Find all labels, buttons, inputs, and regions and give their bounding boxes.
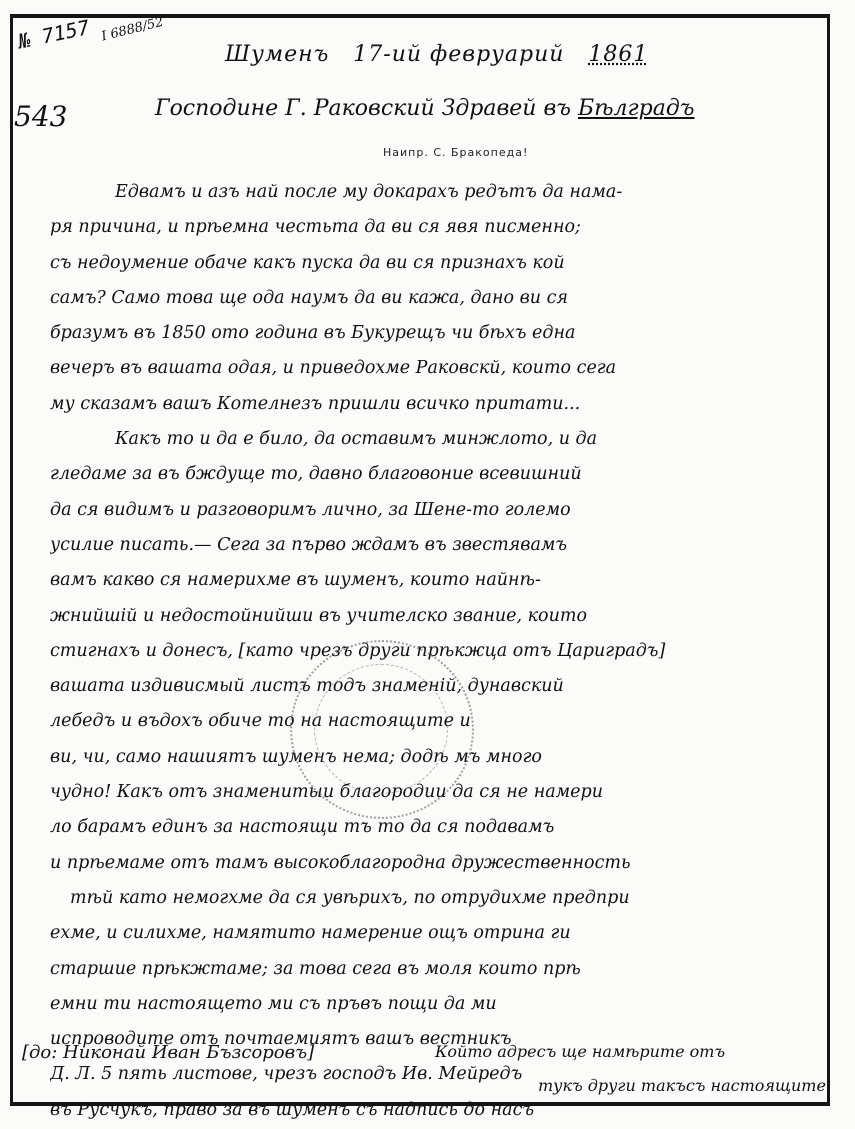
salutation-text: Господине Г. Раковский Здравей <box>155 96 536 121</box>
body-line: да ся видимъ и разговоримъ лично, за Шен… <box>50 493 810 528</box>
body-line: вамъ каквo ся намерихме въ шуменъ, които… <box>50 563 810 598</box>
closing-line: тукъ други такъсъ настоящите <box>538 1076 826 1095</box>
archive-page-number: 543 <box>14 100 67 133</box>
letter-year: 1861 <box>588 42 648 67</box>
salutation-location-prefix: въ <box>543 96 570 121</box>
body-line: старшие прѣкжтаме; за това сега въ моля … <box>50 952 810 987</box>
body-line: Какъ то и да е било, да оставимъ минжлот… <box>70 422 810 457</box>
body-line: въ Русчукъ, право за въ шуменъ съ надпис… <box>50 1093 810 1128</box>
printed-note: Наипр. С. Бракопеда! <box>383 146 528 159</box>
salutation: Господине Г. Раковский Здравей въ Бѣлгра… <box>155 96 694 121</box>
body-line: тѣй като немогхме да ся увѣрихъ, по отру… <box>70 881 810 916</box>
body-line: ря причина, и прѣемна честьта да ви ся я… <box>50 210 810 245</box>
closing-line: Който адресъ ще намѣрите отъ <box>435 1042 725 1061</box>
signature: [до: Никонай Иван Бъзсоровъ] <box>22 1042 314 1063</box>
letter-date: 17-ий февруарий <box>353 42 564 67</box>
body-line: гледаме за въ бждуще то, давно благовони… <box>50 457 810 492</box>
letter-body: Едвамъ и азъ най после му докарахъ редът… <box>70 175 810 1128</box>
seal-stamp <box>290 640 474 819</box>
body-line: му сказамъ вашъ Котелнезъ пришли всичко … <box>50 387 810 422</box>
letter-place: Шуменъ <box>225 42 329 67</box>
body-line: и прѣемаме отъ тамъ высокоблагородна дру… <box>50 846 810 881</box>
body-line: емни ти настоящето ми съ пръвъ пощи да м… <box>50 987 810 1022</box>
body-line: съ недоумение обаче какъ пуска да ви ся … <box>50 246 810 281</box>
body-line: жнийшій и недостойнийши въ учителско зва… <box>50 599 810 634</box>
body-line: усилие писать.— Сега за първо ждамъ въ з… <box>50 528 810 563</box>
letter-place-date: Шуменъ 17-ий февруарий 1861 <box>225 42 648 67</box>
body-line: ехме, и силихме, намятито намерение ощъ … <box>50 916 810 951</box>
body-line: вечеръ въ вашата одая, и приведохме Рако… <box>50 351 810 386</box>
body-line: Едвамъ и азъ най после му докарахъ редът… <box>70 175 810 210</box>
body-line: бразумъ въ 1850 ото година въ Букурещъ ч… <box>50 316 810 351</box>
body-line: ло барамъ единъ за настоящи тъ то да ся … <box>50 810 810 845</box>
salutation-location: Бѣлградъ <box>578 96 695 121</box>
body-line: самъ? Само това ще ода наумъ да ви кажа,… <box>50 281 810 316</box>
